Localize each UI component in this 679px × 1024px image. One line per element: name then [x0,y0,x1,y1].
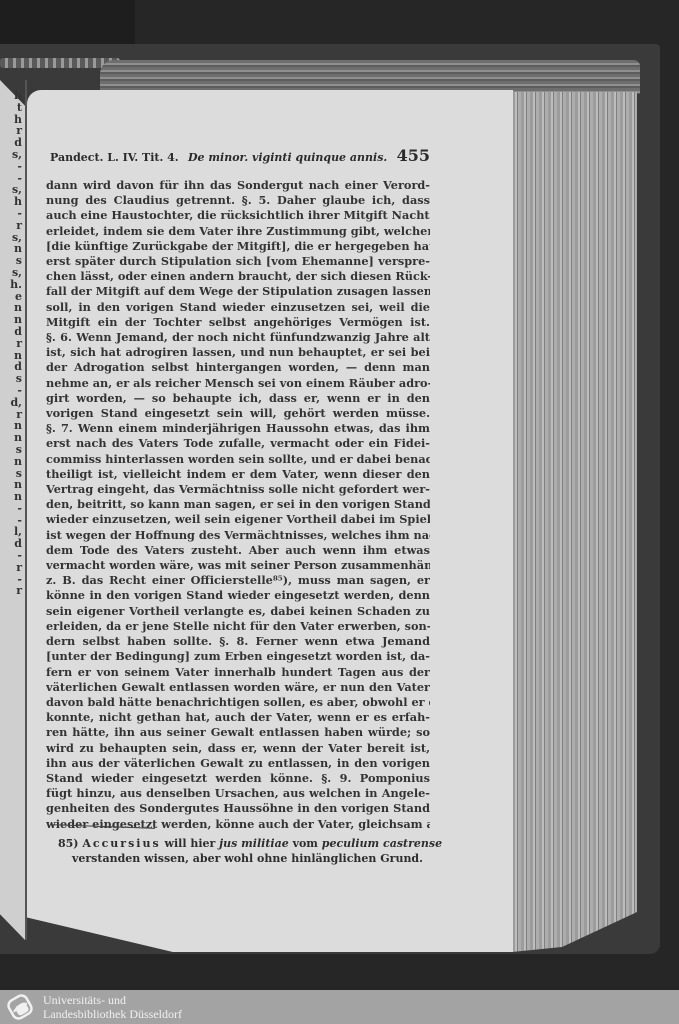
text-line: ist, sich hat adrogiren lassen, und nun … [46,345,430,360]
text-line: ist wegen der Hoffnung des Vermächtnisse… [46,528,430,543]
page-edges-top [100,60,640,94]
text-line: fern er von seinem Vater innerhalb hunde… [46,665,430,680]
text-line: könne in den vorigen Stand wieder einges… [46,588,430,603]
text-line: wird zu behaupten sein, dass er, wenn de… [46,741,430,756]
text-line: dern selbst haben sollte. §. 8. Ferner w… [46,634,430,649]
margin-fragment: - [0,161,22,173]
margin-fragment: r [0,338,22,350]
margin-fragment: - [0,385,22,397]
text-line: dem Tode des Vaters zusteht. Aber auch w… [46,543,430,558]
margin-fragment: r [0,585,22,597]
footnote-marker: 85) [58,837,79,850]
footnote-latin-2: peculium castrense [322,837,442,850]
footnote-line-2: verstanden wissen, aber wohl ohne hinlän… [58,851,430,866]
margin-fragment: n [0,456,22,468]
text-line: vorigen Stand eingesetzt sein will, gehö… [46,406,430,421]
footnote-author: Accursius [82,837,160,850]
library-name-line-2: Landesbibliothek Düsseldorf [43,1007,182,1021]
scan-background-corner [0,0,135,45]
margin-fragment: d, [0,397,22,409]
margin-fragment: s [0,444,22,456]
margin-fragment: t [0,102,22,114]
text-line: erleidet, indem sie dem Vater ihre Zusti… [46,224,430,239]
text-line: ren hätte, ihn aus seiner Gewalt entlass… [46,725,430,740]
running-head-section: Pandect. L. IV. Tit. 4. [50,151,179,164]
text-line: §. 6. Wenn Jemand, der noch nicht fünfun… [46,330,430,345]
page-number: 455 [397,146,430,165]
footnote: 85) Accursius will hier jus militiae vom… [58,836,430,866]
text-line: sein eigener Vortheil verlangte es, dabe… [46,604,430,619]
text-line: Vertrag eingeht, das Vermächtniss solle … [46,482,430,497]
text-line: girt worden, — so behaupte ich, dass er,… [46,391,430,406]
footnote-latin-1: jus militiae [219,837,289,850]
library-footer-bar: Universitäts- und Landesbibliothek Düsse… [0,990,679,1024]
text-line: soll, in den vorigen Stand wieder einzus… [46,300,430,315]
text-line: ihn aus der väterlichen Gewalt zu entlas… [46,756,430,771]
library-name: Universitäts- und Landesbibliothek Düsse… [43,993,182,1021]
left-page-margin-text: hthrds,--s,h-rs,nss,h.enndrnds-d,rnnsnsn… [0,90,22,597]
book-gutter [25,80,27,940]
text-line: fall der Mitgift auf dem Wege der Stipul… [46,284,430,299]
margin-fragment: s, [0,149,22,161]
text-line: [unter der Bedingung] zum Erben eingeset… [46,649,430,664]
margin-fragment: h. [0,279,22,291]
margin-fragment: s, [0,267,22,279]
text-line: den, beitritt, so kann man sagen, er sei… [46,497,430,512]
text-line: der Adrogation selbst hintergangen worde… [46,360,430,375]
text-line: §. 7. Wenn einem minderjährigen Haussohn… [46,421,430,436]
margin-fragment: r [0,220,22,232]
text-line: fügt hinzu, aus denselben Ursachen, aus … [46,786,430,801]
text-line: erleiden, da er jene Stelle nicht für de… [46,619,430,634]
footnote-line-1: 85) Accursius will hier jus militiae vom… [58,836,430,851]
text-line: erst später durch Stipulation sich [vom … [46,254,430,269]
text-line: commiss hinterlassen worden sein sollte,… [46,452,430,467]
margin-fragment: r [0,562,22,574]
text-line: Mitgift ein der Tochter selbst angehörig… [46,315,430,330]
text-line: vermacht worden wäre, was mit seiner Per… [46,558,430,573]
margin-fragment: d [0,326,22,338]
text-line: [die künftige Zurückgabe der Mitgift], d… [46,239,430,254]
footnote-text-1: will hier [165,837,216,850]
text-line: nung des Claudius getrennt. §. 5. Daher … [46,193,430,208]
margin-fragment: - [0,503,22,515]
running-head: Pandect. L. IV. Tit. 4. De minor. vigint… [50,146,430,165]
text-line: theiligt ist, vielleicht indem er dem Va… [46,467,430,482]
text-line: konnte, nicht gethan hat, auch der Vater… [46,710,430,725]
text-line: wieder einzusetzen, weil sein eigener Vo… [46,512,430,527]
text-line: Stand wieder eingesetzt werden könne. §.… [46,771,430,786]
body-text: dann wird davon für ihn das Sondergut na… [46,178,430,832]
text-line: erst nach des Vaters Tode zufalle, verma… [46,436,430,451]
library-name-line-1: Universitäts- und [43,993,182,1007]
text-line: dann wird davon für ihn das Sondergut na… [46,178,430,193]
text-line: genheiten des Sondergutes Haussöhne in d… [46,801,430,816]
text-line: nehme an, er als reicher Mensch sei von … [46,376,430,391]
running-head-title: De minor. viginti quinque annis. [188,151,387,164]
text-line: z. B. das Recht einer Officierstelle⁸⁵),… [46,573,430,588]
library-logo-icon [5,992,35,1022]
text-line: davon bald hätte benachrichtigen sollen,… [46,695,430,710]
margin-fragment: - [0,208,22,220]
text-line: väterlichen Gewalt entlassen worden wäre… [46,680,430,695]
footnote-text-2: vom [293,837,318,850]
text-line: wieder eingesetzt werden, könne auch der… [46,817,430,832]
text-line: chen lässt, oder einen andern braucht, d… [46,269,430,284]
text-line: auch eine Haustochter, die rücksichtlich… [46,208,430,223]
page-edges-right [512,92,637,952]
